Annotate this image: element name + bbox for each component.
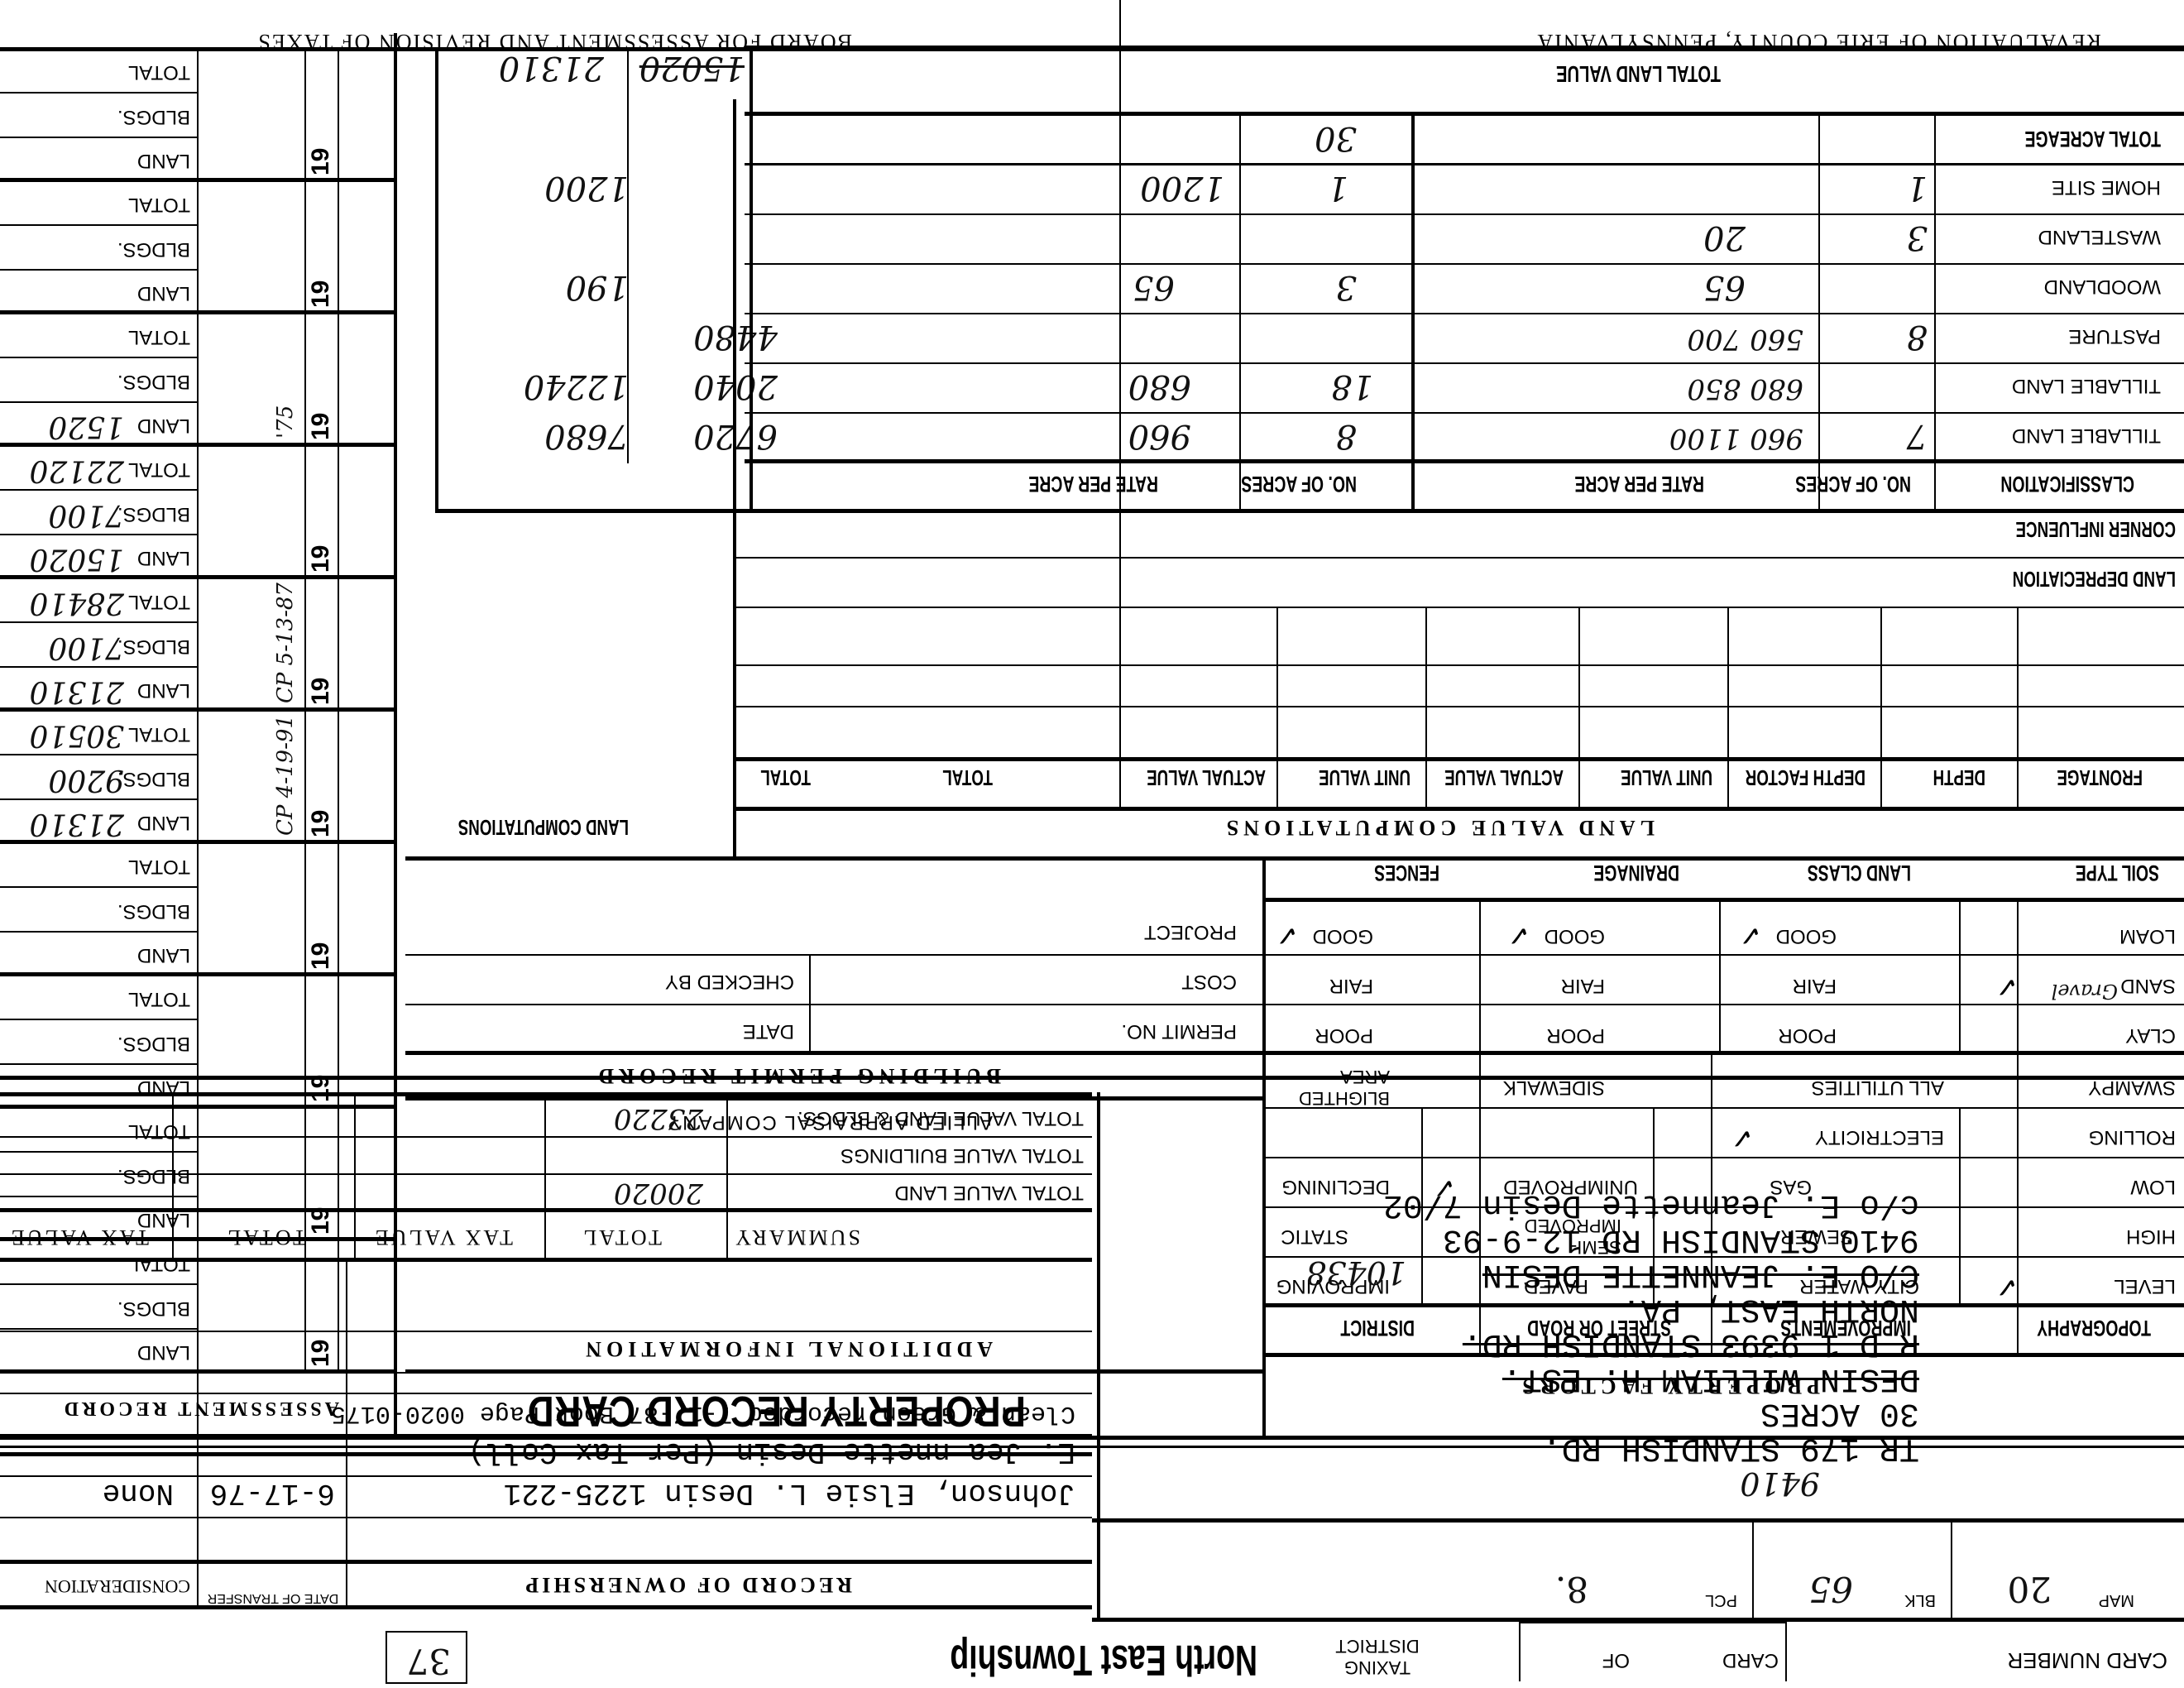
page-number: 37 xyxy=(407,1641,451,1681)
col-date-of-transfer: DATE OF TRANSFER xyxy=(207,1590,339,1605)
owner-address-line: TR 179 STANDISH RD. xyxy=(1383,1430,1919,1465)
card-header-band: CARD NUMBER CARD OF TAXING DISTRICT Nort… xyxy=(0,0,2184,1688)
owner-address-block: TR 179 STANDISH RD.30 ACRESDESIN WILLIAM… xyxy=(1383,1187,1919,1465)
ownership-owner: E. Jea nnette Desin (Per Tax Coll) xyxy=(467,1435,1075,1469)
col-consideration: CONSIDERATION xyxy=(45,1575,190,1597)
handwritten-house-number: 9410 xyxy=(1740,1465,1820,1502)
ownership-owner: Johnson, Elsie L. Desin 1225-221 xyxy=(504,1476,1075,1510)
owner-address-line: c/o E. Jeannette Desin 7/02 xyxy=(1383,1187,1919,1221)
blk-value: 65 xyxy=(1809,1569,1853,1609)
owner-address-line: 9410 STANDISH RD 12-9-93 xyxy=(1383,1221,1919,1256)
ownership-date: 6-17-76 xyxy=(210,1476,335,1510)
owner-address-line: 30 ACRES xyxy=(1383,1395,1919,1430)
ownership-consideration: None xyxy=(103,1476,174,1510)
card-number-label: CARD NUMBER xyxy=(2007,1650,2167,1671)
summary-title: SUMMARY xyxy=(733,1225,860,1249)
taxing-district-value: North East Township xyxy=(950,1635,1257,1685)
handwritten-account-number: 10438 xyxy=(1306,1254,1406,1291)
map-value: 20 xyxy=(2008,1569,2052,1609)
owner-address-line: C/O E. JEANNETTE DESIN xyxy=(1383,1256,1919,1291)
owner-address-line: R D 1 9393 STANDISH RD. xyxy=(1383,1326,1919,1360)
owner-address-line: DESIN WILLIAM H. EST. xyxy=(1383,1360,1919,1395)
owner-address-line: NORTH EAST, PA. xyxy=(1383,1291,1919,1326)
ownership-owner: Clean & Green recorded 7-17-87 Book Page… xyxy=(331,1399,1075,1427)
pcl-value: 8. xyxy=(1555,1569,1588,1609)
record-of-ownership-title: RECORD OF OWNERSHIP xyxy=(522,1572,852,1597)
